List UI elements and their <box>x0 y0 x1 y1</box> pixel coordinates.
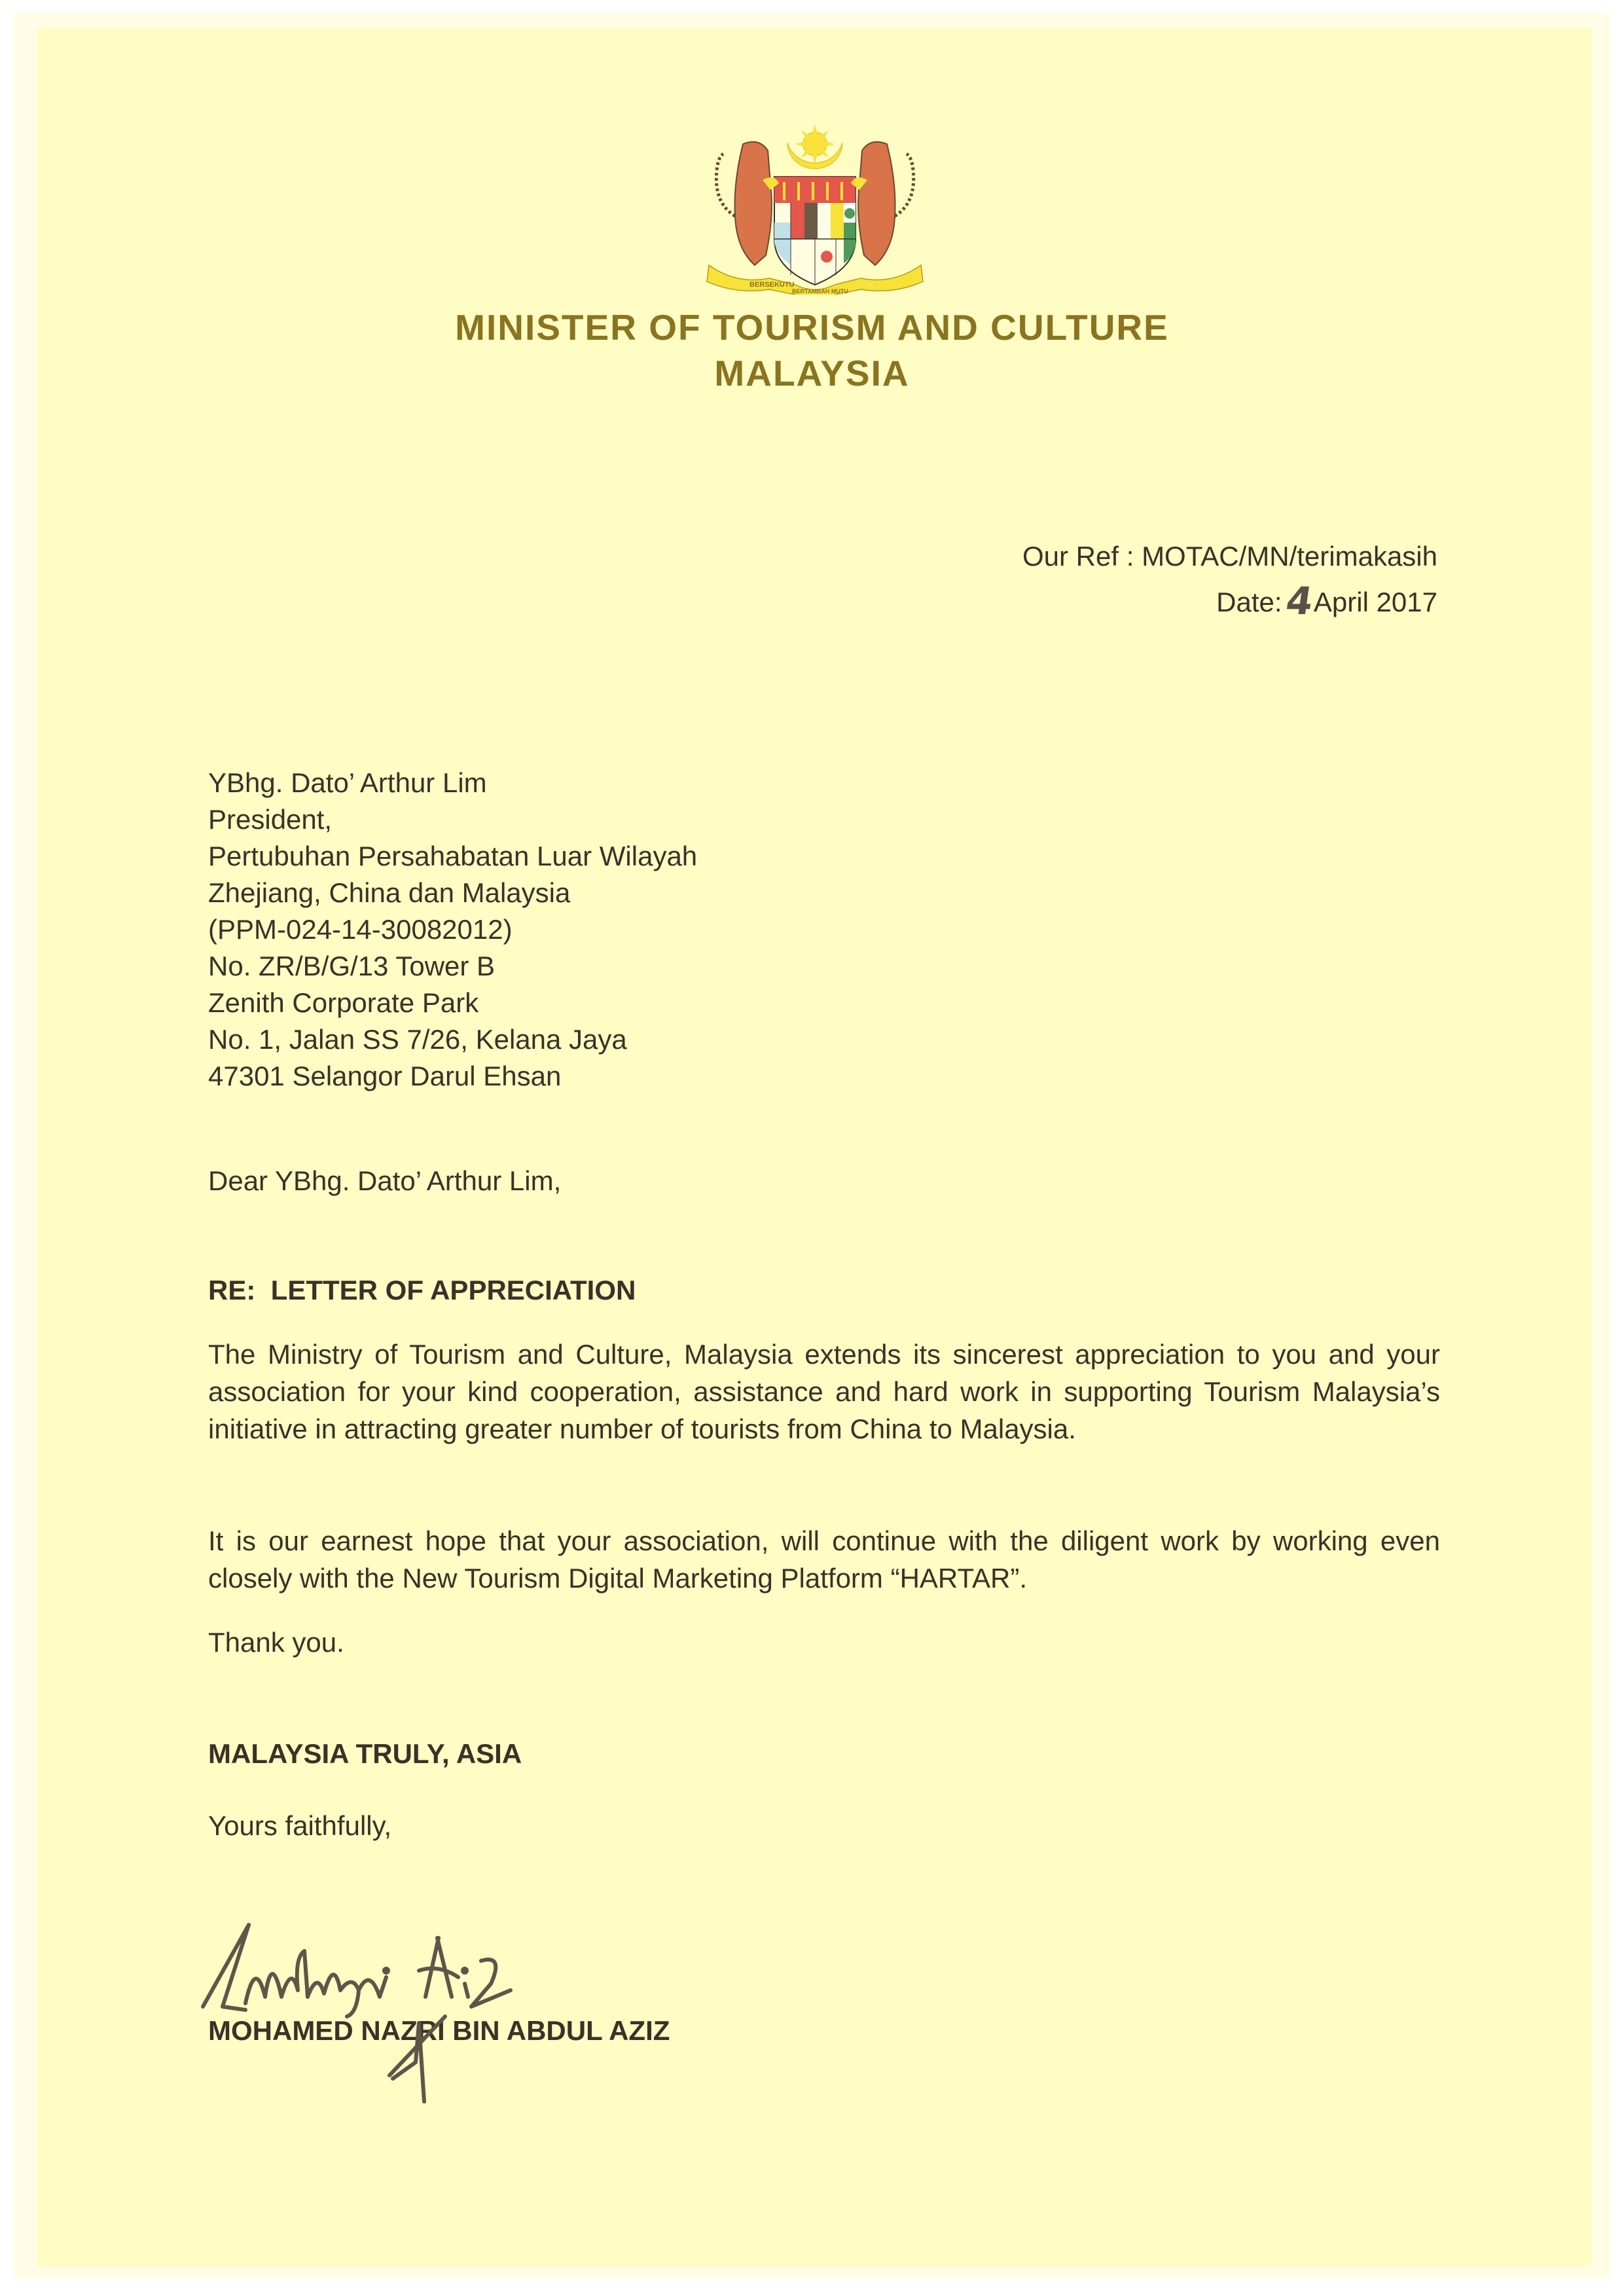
svg-text:BERSEKUTU: BERSEKUTU <box>749 281 795 289</box>
address-line: (PPM-024-14-30082012) <box>208 911 697 948</box>
date-label: Date: <box>1216 587 1282 617</box>
letterhead-title: MINISTER OF TOURISM AND CULTURE <box>0 306 1624 348</box>
recipient-address: YBhg. Dato’ Arthur Lim President, Pertub… <box>208 765 697 1095</box>
date-value: April 2017 <box>1314 587 1437 617</box>
address-line: No. 1, Jalan SS 7/26, Kelana Jaya <box>208 1021 697 1058</box>
address-line: No. ZR/B/G/13 Tower B <box>208 948 697 985</box>
address-line: Pertubuhan Persahabatan Luar Wilayah <box>208 838 697 875</box>
thanks-line: Thank you. <box>208 1627 344 1658</box>
malaysia-coat-of-arms-icon: BERSEKUTU BERTAMBAH MUTU <box>697 118 933 295</box>
address-line: President, <box>208 801 697 838</box>
body-paragraph: The Ministry of Tourism and Culture, Mal… <box>208 1336 1440 1448</box>
salutation: Dear YBhg. Dato’ Arthur Lim, <box>208 1165 561 1197</box>
closing: Yours faithfully, <box>208 1810 391 1842</box>
body-paragraph: It is our earnest hope that your associa… <box>208 1522 1440 1597</box>
address-line: Zhejiang, China dan Malaysia <box>208 875 697 911</box>
subject-line: RE: LETTER OF APPRECIATION <box>208 1275 636 1306</box>
slogan: MALAYSIA TRULY, ASIA <box>208 1738 522 1770</box>
handwritten-day: 4 <box>1283 579 1316 623</box>
address-line: YBhg. Dato’ Arthur Lim <box>208 765 697 801</box>
reference-line: Our Ref : MOTAC/MN/terimakasih <box>1022 541 1437 572</box>
reference-value: MOTAC/MN/terimakasih <box>1142 541 1437 572</box>
address-line: 47301 Selangor Darul Ehsan <box>208 1058 697 1095</box>
letterhead-country: MALAYSIA <box>0 352 1624 394</box>
handwritten-signature-icon <box>183 1899 707 2108</box>
reference-label: Our Ref : <box>1022 541 1134 572</box>
date-line: Date:4April 2017 <box>1216 576 1437 621</box>
svg-text:BERTAMBAH MUTU: BERTAMBAH MUTU <box>792 288 848 295</box>
address-line: Zenith Corporate Park <box>208 985 697 1021</box>
